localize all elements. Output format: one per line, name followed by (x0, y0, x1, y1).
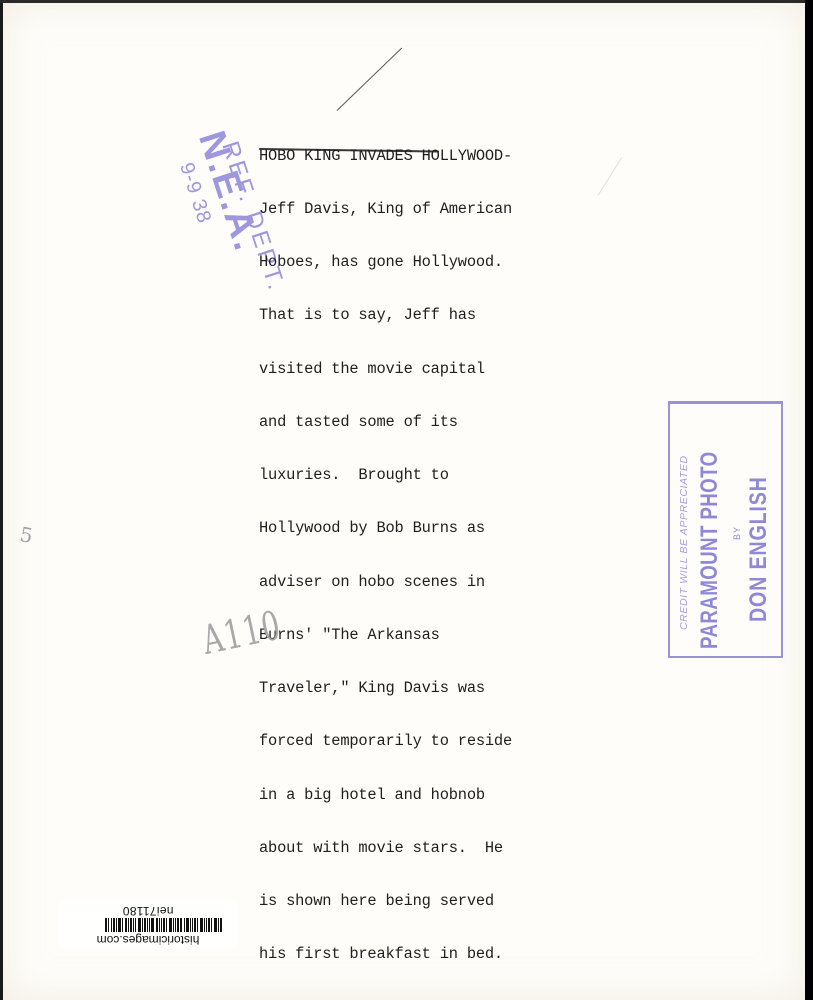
barcode-site: historicimages.com (58, 933, 238, 947)
caption-line: luxuries. Brought to (259, 467, 512, 485)
caption-line: his first breakfast in bed. (259, 946, 512, 964)
caption-line: Jeff Davis, King of American (259, 201, 512, 219)
nea-ref-dept-stamp: N.E.A. 9-9 38 REF. DEPT. (100, 118, 250, 328)
credit-by: BY (732, 526, 742, 540)
credit-studio: PARAMOUNT PHOTO (696, 451, 724, 649)
caption-line: That is to say, Jeff has (259, 307, 512, 325)
caption-line: adviser on hobo scenes in (259, 574, 512, 592)
caption-line: HOBO KING INVADES HOLLYWOOD- (259, 148, 512, 166)
typed-caption: HOBO KING INVADES HOLLYWOOD- Jeff Davis,… (259, 112, 512, 982)
caption-line: visited the movie capital (259, 361, 512, 379)
caption-line: is shown here being served (259, 893, 512, 911)
caption-line: in a big hotel and hobnob (259, 787, 512, 805)
credit-photographer: DON ENGLISH (745, 476, 773, 622)
barcode-label: historicimages.com nei71180 (58, 900, 238, 948)
caption-line: and tasted some of its (259, 414, 512, 432)
caption-line: about with movie stars. He (259, 840, 512, 858)
paramount-credit-stamp: CREDIT WILL BE APPRECIATED PARAMOUNT PHO… (668, 401, 783, 658)
caption-line: forced temporarily to reside (259, 733, 512, 751)
caption-line: Hollywood by Bob Burns as (259, 520, 512, 538)
caption-line: Traveler," King Davis was (259, 680, 512, 698)
caption-line: Burns' "The Arkansas (259, 627, 512, 645)
caption-line: Hoboes, has gone Hollywood. (259, 254, 512, 272)
barcode-label-inverted: historicimages.com nei71180 (58, 900, 238, 948)
barcode-bars (74, 918, 222, 932)
credit-notice: CREDIT WILL BE APPRECIATED (678, 455, 690, 630)
barcode-id: nei71180 (58, 904, 238, 918)
scan-right-edge (805, 0, 813, 1000)
